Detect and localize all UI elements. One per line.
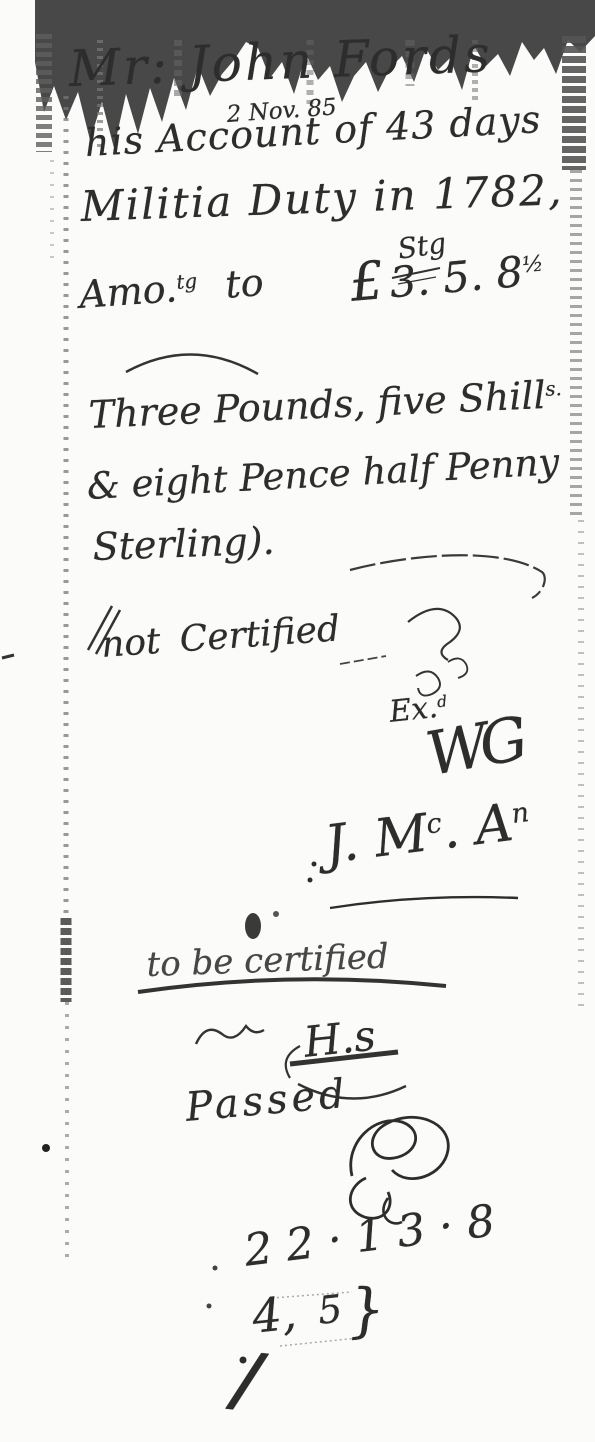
spacer bbox=[198, 298, 226, 300]
amount-figures: £3. 5. 8½ bbox=[348, 241, 546, 310]
signature-part1: J. M bbox=[322, 803, 432, 875]
left-margin-dash bbox=[2, 655, 14, 658]
ink-dot bbox=[312, 862, 317, 867]
ink-dot bbox=[42, 1144, 50, 1152]
account-line: his Account of 43 days bbox=[84, 100, 542, 162]
amount-label-sup: tg bbox=[176, 269, 198, 293]
manuscript-page: Mr: John Fords 2 Nov. 85 his Account of … bbox=[0, 0, 595, 1442]
amount-label-to: to bbox=[224, 260, 265, 307]
struck-initials: H.s bbox=[302, 1015, 378, 1064]
flourish-arc-top bbox=[126, 354, 258, 374]
duty-line: Militia Duty in 1782, bbox=[80, 169, 564, 228]
not-certified-line: not Certified bbox=[100, 611, 341, 664]
totals-sub-second: 5 bbox=[316, 1289, 344, 1329]
amount-words-line-3: Sterling). bbox=[92, 522, 275, 566]
amount-label: Amo.tgto bbox=[78, 263, 265, 314]
amount-value: 3. 5. 8 bbox=[388, 247, 525, 307]
title-line: Mr: John Fords bbox=[68, 29, 493, 94]
passed-label: Passed bbox=[184, 1074, 350, 1128]
amount-fraction: ½ bbox=[521, 252, 544, 279]
signature-sup-n: n bbox=[510, 797, 531, 830]
amount-words-1-text: Three Pounds, five Shill bbox=[88, 373, 547, 437]
ink-dot bbox=[213, 1266, 218, 1271]
flourish-curl bbox=[448, 658, 467, 678]
totals-sub-first: 4, bbox=[250, 1289, 298, 1339]
amount-words-line-2: & eight Pence half Penny bbox=[86, 443, 560, 505]
flourish-squiggle bbox=[196, 1026, 264, 1044]
signature-part2: . A bbox=[439, 793, 516, 861]
flourish-arc-right bbox=[350, 555, 545, 598]
examiner-monogram: WG bbox=[422, 710, 525, 785]
ink-dot bbox=[308, 878, 313, 883]
examined-sup: d bbox=[436, 692, 448, 711]
flourish-paren bbox=[286, 1046, 300, 1078]
flourish-curl bbox=[408, 609, 460, 660]
totals-brace: } bbox=[346, 1279, 387, 1339]
signature-underline bbox=[330, 897, 518, 908]
passed-paraph bbox=[351, 1117, 449, 1178]
struck-note: to be certified bbox=[146, 940, 389, 982]
trailing-dash bbox=[340, 656, 386, 664]
ink-dot bbox=[273, 911, 279, 917]
totals-line: 2 2 · 1 3 · 8 bbox=[242, 1199, 497, 1273]
amount-label-main: Amo. bbox=[78, 266, 179, 317]
tally-slash: / bbox=[230, 1342, 264, 1416]
ink-dot bbox=[207, 1304, 212, 1309]
clerk-signature: J. Mc. An bbox=[322, 795, 533, 872]
amount-words-1-sup: s. bbox=[545, 377, 562, 401]
ink-blot bbox=[245, 913, 261, 939]
pound-sign: £ bbox=[348, 250, 387, 314]
amount-words-line-1: Three Pounds, five Shills. bbox=[88, 375, 563, 434]
